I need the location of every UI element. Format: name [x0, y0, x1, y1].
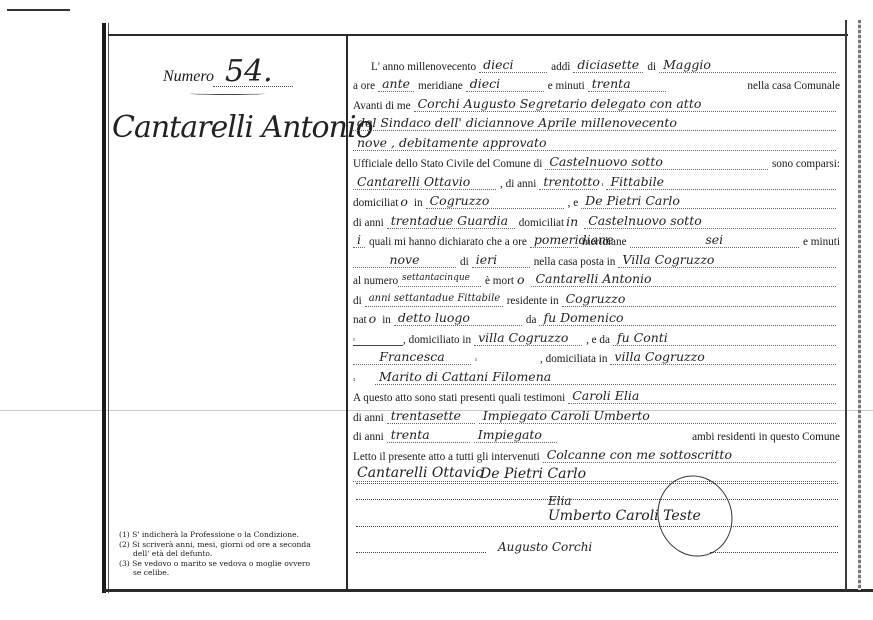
label: Avanti di me	[353, 100, 411, 112]
handwritten-month: Maggio	[659, 57, 836, 73]
handwritten-mother-name: Francesca	[353, 349, 471, 365]
handwritten-pom: pomeridiane	[530, 232, 578, 248]
handwritten-house: Villa Cogruzzo	[618, 252, 836, 268]
signature-line	[710, 551, 838, 553]
label: e minuti	[548, 80, 585, 92]
handwritten-delegation: del Sindaco dell' diciannove Aprile mill…	[353, 115, 836, 131]
page-border-top	[108, 34, 848, 36]
handwritten-day: diciasette	[573, 57, 643, 73]
label: sono comparsi:	[772, 158, 840, 170]
label: quali mi hanno dichiarato che a ore	[369, 236, 527, 248]
page-border-left-inner	[108, 23, 109, 593]
signature-line	[356, 498, 838, 500]
label: nat	[353, 314, 367, 326]
handwritten-suffix: o	[367, 311, 379, 326]
footnote-3: (3) Se vedovo o marito se vedova o mogli…	[119, 559, 344, 569]
signature-line	[356, 525, 838, 527]
handwritten-witness-2-profession: Impiegato	[474, 427, 557, 443]
handwritten-signed: Colcanne con me sottoscritto	[543, 447, 836, 463]
label: addì	[551, 61, 570, 73]
record-number-label: Numero	[163, 68, 214, 86]
label: , di anni	[500, 178, 536, 190]
line-mother-domicile: Francesca ¹ , domiciliata in villa Cogru…	[353, 346, 840, 366]
line-declarant-2: di anni trentadue Guardia domiciliat in …	[353, 209, 840, 229]
handwritten-suffix: o	[514, 272, 528, 287]
line-comune: Ufficiale dello Stato Civile del Comune …	[353, 151, 840, 171]
label: nella casa posta in	[534, 256, 616, 268]
label: di	[460, 256, 469, 268]
line-witness-1: di anni trentasette Impiegato Caroli Umb…	[353, 404, 840, 424]
scan-mark	[7, 9, 70, 11]
label: di	[647, 61, 656, 73]
label: al numero	[353, 275, 398, 287]
handwritten-father: fu Domenico	[539, 310, 836, 326]
handwritten-age-1: trentotto	[539, 174, 597, 190]
label: a ore	[353, 80, 375, 92]
line-signature-declarant: Cantarelli Ottavio	[353, 463, 840, 483]
handwritten-i: i	[353, 232, 365, 248]
handwritten-death-hour: sei	[630, 232, 799, 248]
footnote-ref: ¹	[475, 357, 540, 365]
label: , e da	[586, 334, 610, 346]
handwritten-death-minutes: nove	[353, 252, 456, 268]
handwritten-witness-2-age: trenta	[387, 427, 470, 443]
handwritten-officer: Corchi Augusto Segretario delegato con a…	[414, 96, 836, 112]
label: Letto il presente atto a tutti gli inter…	[353, 451, 540, 463]
certificate-body: L' anno millenovecento dieci addì dicias…	[353, 53, 840, 482]
label: di	[353, 295, 362, 307]
label: in	[382, 314, 391, 326]
handwritten-witness-2: Impiegato Caroli Umberto	[479, 408, 836, 424]
handwritten-minutes: trenta	[588, 76, 666, 92]
label: L' anno millenovecento	[371, 61, 476, 73]
label: , domiciliata in	[540, 353, 607, 365]
handwritten-deceased-name: Cantarelli Antonio	[531, 271, 836, 287]
label: residente in	[507, 295, 559, 307]
handwritten-domicile-2: Castelnuovo sotto	[584, 213, 836, 229]
line-birth: nat o in detto luogo da fu Domenico	[353, 307, 840, 327]
label: è mort	[485, 275, 514, 287]
handwritten-house-number: settantacinque	[398, 271, 481, 287]
line-domicile-1: domiciliat o in Cogruzzo , e De Pietri C…	[353, 190, 840, 210]
handwritten-declarant-2: De Pietri Carlo	[581, 193, 836, 209]
handwritten-ante: ante	[378, 76, 414, 92]
line-death-place: nove di ieri nella casa posta in Villa C…	[353, 248, 840, 268]
line-death-time: i quali mi hanno dichiarato che a ore po…	[353, 229, 840, 249]
label: di anni	[353, 412, 384, 424]
handwritten-marital-status: Marito di Cattani Filomena	[375, 369, 836, 385]
label: , e	[568, 197, 579, 209]
handwritten-mother: fu Conti	[613, 330, 836, 346]
line-marital: ³ Marito di Cattani Filomena	[353, 365, 840, 385]
page-border-bottom	[104, 589, 873, 592]
footnote-1: (1) S' indicherà la Professione o la Con…	[119, 530, 344, 540]
line-year: L' anno millenovecento dieci addì dicias…	[353, 53, 840, 73]
handwritten-father-domicile: villa Cogruzzo	[474, 330, 582, 346]
footnote-2-cont: dell' età del defunto.	[119, 549, 344, 559]
line-witness-2: di anni trenta Impiegato ambi residenti …	[353, 424, 840, 444]
label: domiciliat	[519, 217, 564, 229]
signature-declarant-2: De Pietri Carlo	[480, 466, 586, 482]
label: di anni	[353, 217, 384, 229]
line-declarant-1: Cantarelli Ottavio , di anni trentotto ¹…	[353, 170, 840, 190]
handwritten-mother-domicile: villa Cogruzzo	[610, 349, 836, 365]
handwritten-age-2: trentadue Guardia	[387, 213, 515, 229]
page-border-left	[102, 23, 106, 593]
label: e minuti	[803, 236, 840, 248]
footnote-ref: ¹	[353, 337, 403, 346]
handwritten-residence: Cogruzzo	[562, 291, 836, 307]
label: da	[526, 314, 537, 326]
footnote-ref: ¹	[601, 182, 603, 190]
line-officer-3: nove , debitamente approvato	[353, 131, 840, 151]
signature-line	[356, 482, 838, 484]
line-deceased-age: di anni settantadue Fittabile residente …	[353, 287, 840, 307]
page-border-right	[845, 20, 847, 590]
handwritten-declarant-1: Cantarelli Ottavio	[353, 174, 496, 190]
footnote-ref: ³	[353, 377, 375, 385]
signature-line	[356, 551, 486, 553]
signature-witness-1: Elia	[548, 494, 572, 508]
decorative-flourish	[190, 92, 265, 95]
handwritten-domicile-1: Cogruzzo	[426, 193, 564, 209]
handwritten-suffix: o	[398, 194, 410, 209]
line-hour: a ore ante meridiane dieci e minuti tren…	[353, 73, 840, 93]
line-officer: Avanti di me Corchi Augusto Segretario d…	[353, 92, 840, 112]
handwritten-deceased-age: anni settantadue Fittabile	[365, 291, 503, 307]
footnote-2: (2) Si scriverà anni, mesi, giorni od or…	[119, 540, 344, 550]
handwritten-suffix: in	[564, 214, 580, 229]
line-read: Letto il presente atto a tutti gli inter…	[353, 443, 840, 463]
record-number: 54.	[225, 54, 273, 89]
label: Ufficiale dello Stato Civile del Comune …	[353, 158, 542, 170]
page-edge	[858, 20, 861, 590]
handwritten-hour: dieci	[466, 76, 544, 92]
handwritten-birthplace: detto luogo	[394, 310, 522, 326]
label: , domiciliato in	[403, 334, 471, 346]
handwritten-approval: nove , debitamente approvato	[353, 135, 836, 151]
label: meridiane	[582, 236, 627, 248]
footnotes: (1) S' indicherà la Professione o la Con…	[119, 530, 344, 578]
signature-officer: Augusto Corchi	[498, 540, 592, 554]
line-father-domicile: ¹ , domiciliato in villa Cogruzzo , e da…	[353, 326, 840, 346]
deceased-name-margin: Cantarelli Antonio	[112, 110, 373, 145]
handwritten-comune: Castelnuovo sotto	[545, 154, 768, 170]
label: meridiane	[418, 80, 463, 92]
label: ambi residenti in questo Comune	[692, 431, 840, 443]
line-officer-2: del Sindaco dell' diciannove Aprile mill…	[353, 112, 840, 132]
label: nella casa Comunale	[747, 80, 840, 92]
handwritten-day-ref: ieri	[472, 252, 530, 268]
label: A questo atto sono stati presenti quali …	[353, 392, 565, 404]
footnote-3-cont: se celibe.	[119, 568, 344, 578]
signature-declarant-1: Cantarelli Ottavio	[353, 466, 836, 482]
label: domiciliat	[353, 197, 398, 209]
handwritten-witness-1-age: trentasette	[387, 408, 475, 424]
handwritten-witness-1: Caroli Elia	[568, 388, 836, 404]
label: in	[414, 197, 423, 209]
line-deceased: al numero settantacinque è mort o Cantar…	[353, 268, 840, 288]
handwritten-profession-1: Fittabile	[606, 174, 836, 190]
line-witness: A questo atto sono stati presenti quali …	[353, 385, 840, 405]
label: di anni	[353, 431, 384, 443]
handwritten-year: dieci	[479, 57, 547, 73]
